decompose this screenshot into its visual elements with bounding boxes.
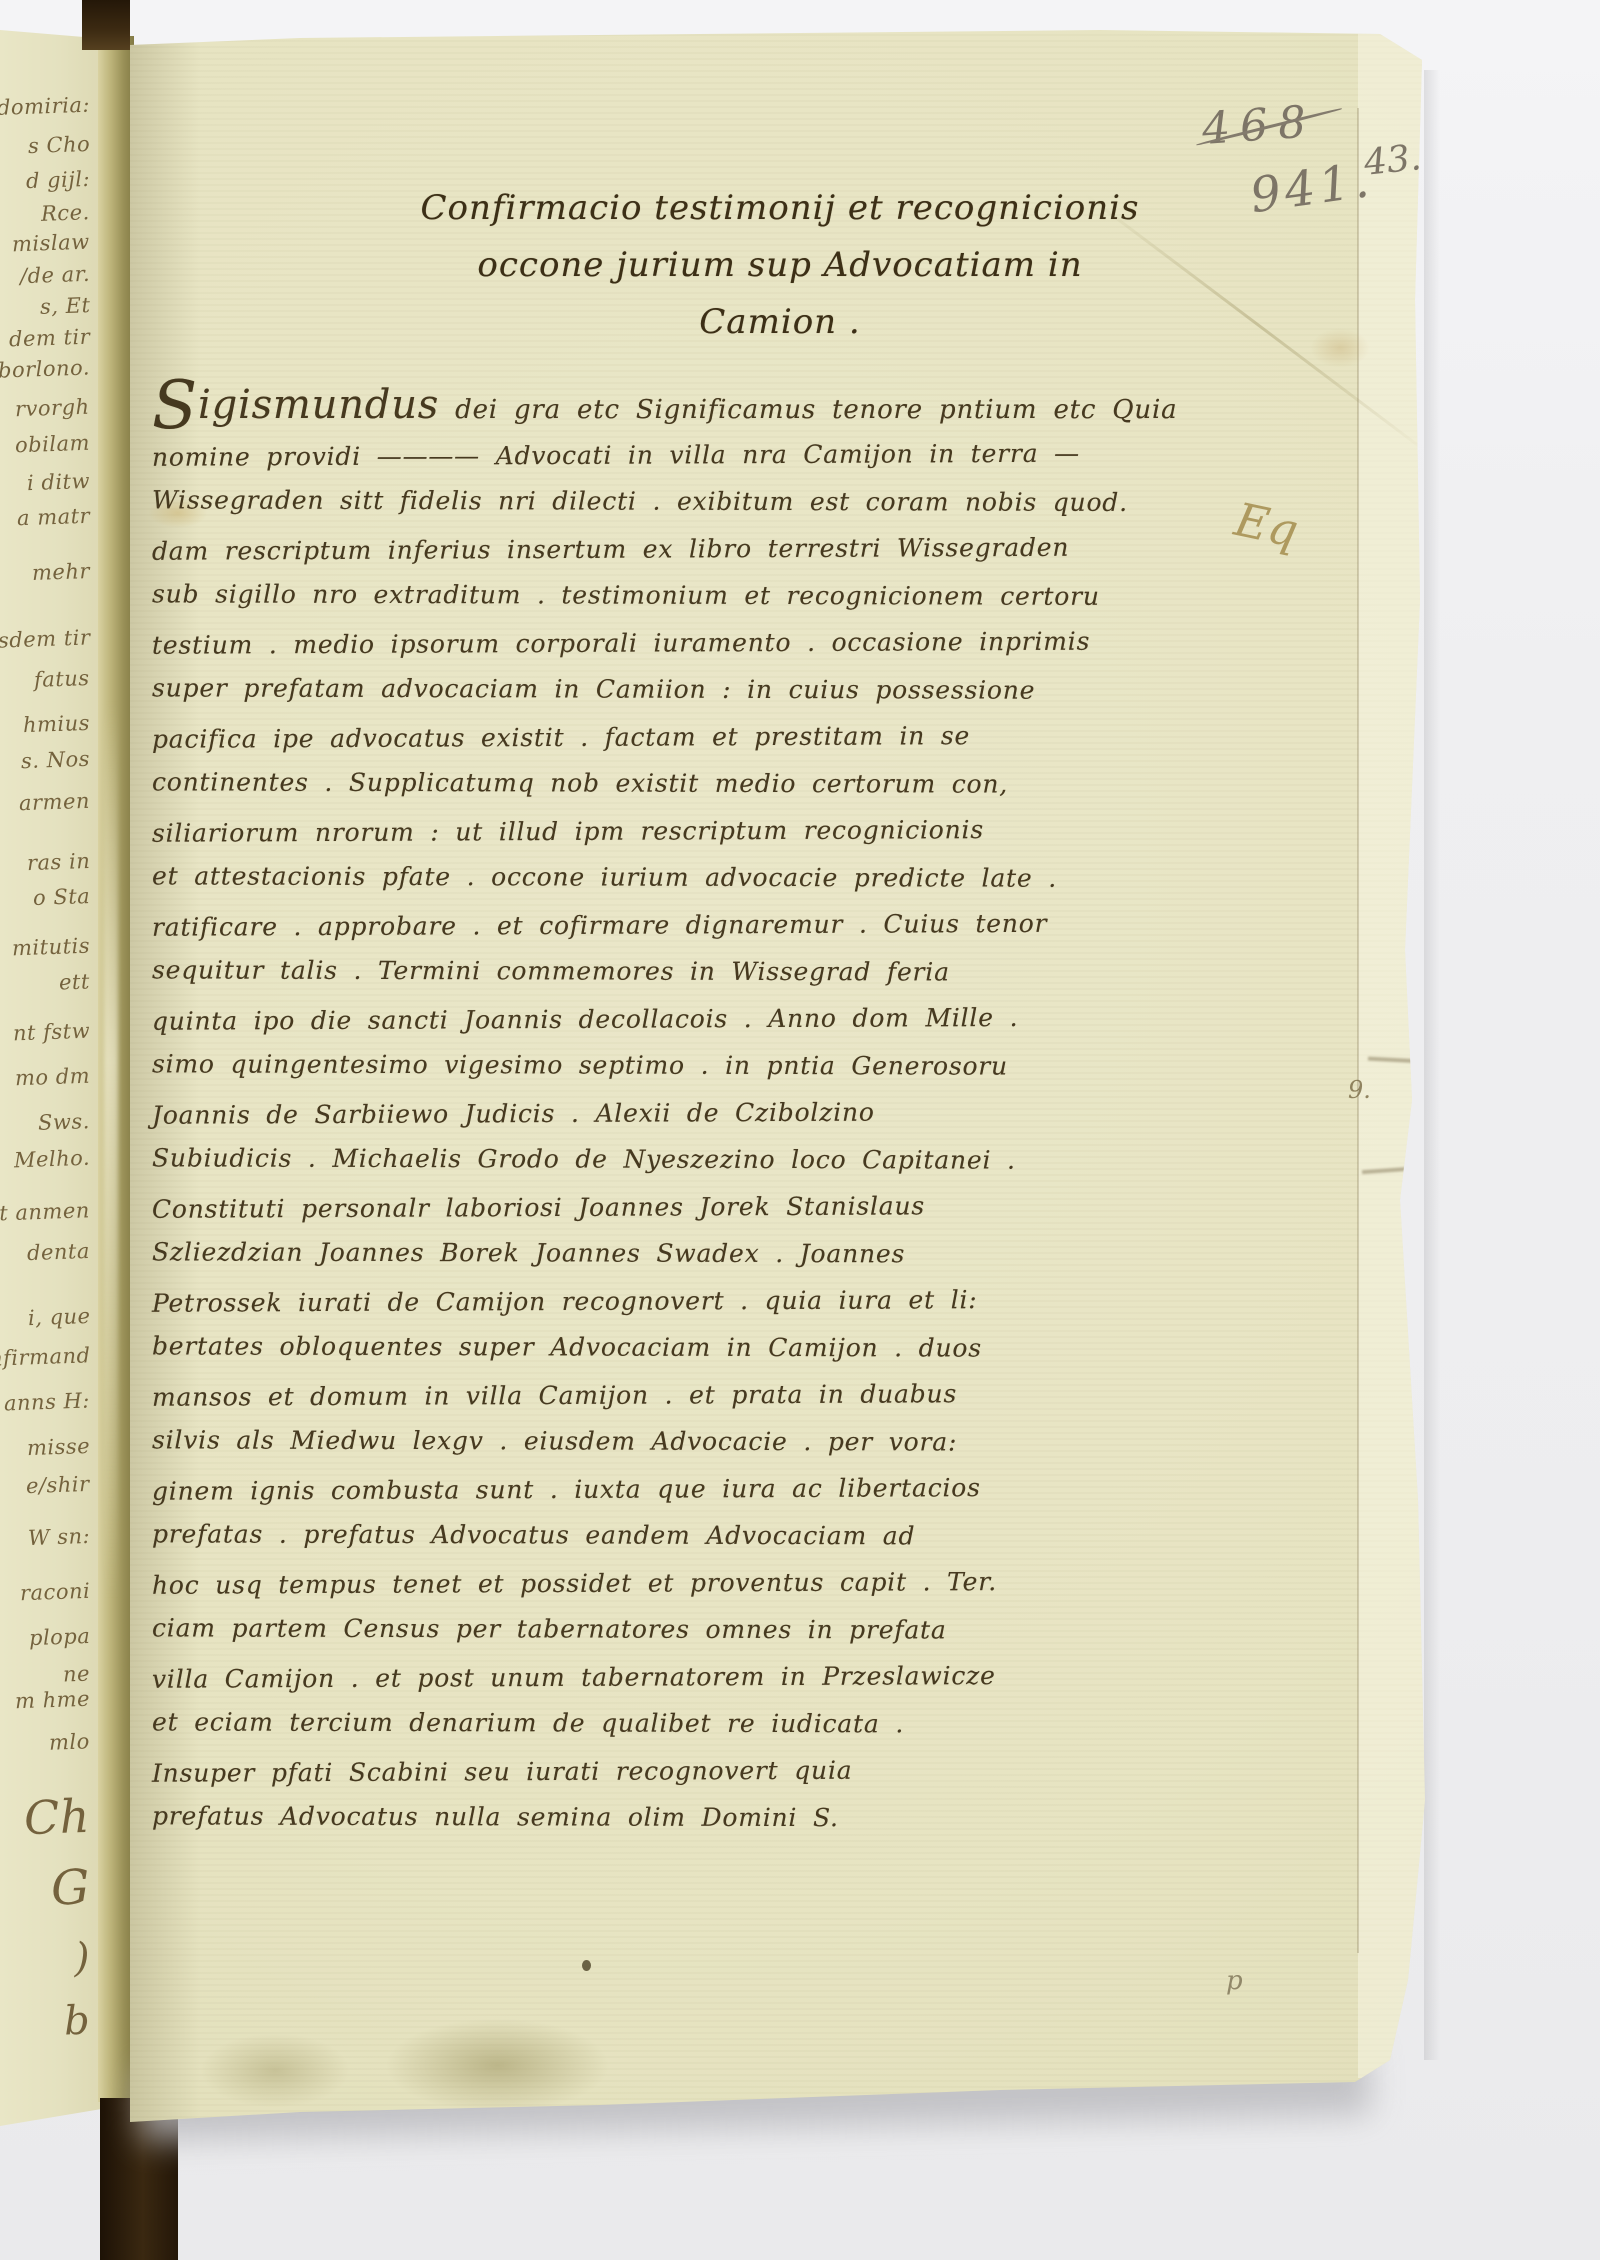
- page-edge-shadow: [1424, 70, 1440, 2060]
- facing-page-text-fragment: mehr: [32, 559, 91, 585]
- facing-page-text-fragment: mo dm: [15, 1064, 91, 1091]
- body-line: Insuper pfati Scabini seu iurati recogno…: [152, 1753, 1402, 1805]
- facing-page-edge: Sandomiria:s Chod gijl:Rce.mislaw/de ar.…: [0, 30, 100, 2126]
- facing-page-text-fragment: Rce.: [41, 200, 90, 226]
- body-line: sub sigillo nro extraditum . testimonium…: [152, 579, 1402, 629]
- folio-number-crossed: 468: [1200, 96, 1317, 155]
- facing-page-text-fragment: ne: [63, 1662, 91, 1687]
- body-line: ratificare . approbare . et cofirmare di…: [152, 907, 1402, 959]
- manuscript-page: 468 941. 43. Eq 9. p Confirmacio testimo…: [130, 28, 1428, 2128]
- facing-page-text-fragment: ras in: [26, 849, 90, 875]
- body-line: siliariorum nrorum : ut illud ipm rescri…: [152, 813, 1402, 865]
- stain: [582, 1960, 591, 1971]
- facing-page-text-fragment: Sandomiria:: [0, 93, 90, 122]
- body-line: bertates obloquentes super Advocaciam in…: [152, 1331, 1402, 1381]
- facing-page-text-fragment: d gijl:: [26, 167, 91, 193]
- first-word: igismundus: [198, 382, 439, 428]
- body-line: Szliezdzian Joannes Borek Joannes Swadex…: [152, 1237, 1402, 1287]
- body-line: mansos et domum in villa Camijon . et pr…: [152, 1377, 1402, 1429]
- body-line: simo quingentesimo vigesimo septimo . in…: [152, 1049, 1402, 1099]
- facing-page-text-fragment: fatus: [34, 666, 90, 692]
- facing-page-text-fragment: denta: [27, 1239, 91, 1265]
- facing-page-text-fragment: ett: [59, 969, 91, 994]
- facing-page-text-fragment: mislaw: [12, 230, 90, 257]
- stain: [1310, 328, 1370, 368]
- facing-page-text-fragment: misse: [26, 1434, 90, 1460]
- body-line: testium . medio ipsorum corporali iurame…: [152, 625, 1402, 677]
- facing-page-text-fragment: dem tir: [8, 325, 90, 352]
- facing-page-text-fragment: nfirmand: [0, 1343, 90, 1371]
- facing-page-text-fragment: b: [63, 1998, 91, 2045]
- body-line: et eciam tercium denarium de qualibet re…: [152, 1707, 1402, 1757]
- body-line: et attestacionis pfate . occone iurium a…: [152, 861, 1402, 911]
- facing-page-text-fragment: Ch: [23, 1789, 91, 1845]
- body-line: ginem ignis combusta sunt . iuxta que iu…: [152, 1471, 1402, 1523]
- body-line: quinta ipo die sancti Joannis decollacoi…: [152, 1001, 1402, 1053]
- body-line: silvis als Miedwu lexgv . eiusdem Advoca…: [152, 1425, 1402, 1475]
- body-line: villa Camijon . et post unum tabernatore…: [152, 1659, 1402, 1711]
- facing-page-text-fragment: sdem tir: [0, 625, 90, 652]
- body-line: dam rescriptum inferius insertum ex libr…: [152, 531, 1402, 583]
- facing-page-text-fragment: Sws.: [38, 1109, 91, 1135]
- body-line: prefatus Advocatus nulla semina olim Dom…: [152, 1801, 1402, 1851]
- body-lines: nomine providi ———— Advocati in villa nr…: [152, 440, 1402, 1850]
- body-line: Subiudicis . Michaelis Grodo de Nyeszezi…: [152, 1143, 1402, 1193]
- body-line: ciam partem Census per tabernatores omne…: [152, 1613, 1402, 1663]
- facing-page-text-fragment: o Sta: [32, 884, 90, 910]
- facing-page-text-fragment: anns H:: [4, 1389, 91, 1416]
- binding-strap-top: [82, 0, 130, 50]
- stain: [200, 2033, 350, 2108]
- body-line: Joannis de Sarbiiewo Judicis . Alexii de…: [152, 1095, 1402, 1147]
- facing-page-text-fragment: hmius: [23, 711, 91, 737]
- body-line: nomine providi ———— Advocati in villa nr…: [152, 437, 1402, 489]
- body-line: continentes . Supplicatumq nob existit m…: [152, 767, 1402, 817]
- facing-page-text-fragment: s, Et: [39, 293, 90, 319]
- heading-line: occone jurium sup Advocatiam in: [280, 237, 1280, 294]
- facing-page-text-fragment: mitutis: [12, 934, 91, 961]
- body-line: Petrossek iurati de Camijon recognovert …: [152, 1283, 1402, 1335]
- body-line: hoc usq tempus tenet et possidet et prov…: [152, 1565, 1402, 1617]
- facing-page-text-fragment: rvorgh: [15, 395, 90, 422]
- facing-page-text-fragment: a matr: [16, 504, 90, 531]
- facing-page-text-fragment: armen: [19, 789, 91, 815]
- body-line: sequitur talis . Termini commemores in W…: [152, 955, 1402, 1005]
- initial-letter: S: [152, 367, 198, 444]
- folio-number-alt: 43.: [1362, 137, 1423, 184]
- body-line: super prefatam advocaciam in Camiion : i…: [152, 673, 1402, 723]
- facing-page-text-fragment: W sn:: [27, 1524, 90, 1550]
- stain: [385, 2018, 610, 2113]
- facing-page-text-fragment: i ditw: [27, 469, 91, 495]
- facing-page-text-fragment: mlo: [49, 1729, 91, 1754]
- facing-page-text-fragment: raconi: [19, 1579, 90, 1605]
- facing-page-text-fragment: plopa: [28, 1624, 90, 1650]
- facing-page-text-fragment: nt fstw: [12, 1019, 90, 1046]
- heading-line: Confirmacio testimonij et recognicionis: [280, 180, 1280, 237]
- gutter-highlight: [104, 700, 118, 1600]
- body-line: prefatas . prefatus Advocatus eandem Adv…: [152, 1519, 1402, 1569]
- body-line: Wissegraden sitt fidelis nri dilecti . e…: [152, 485, 1402, 535]
- facing-page-text-fragment: i, que: [27, 1304, 90, 1330]
- document-heading: Confirmacio testimonij et recognicioniso…: [280, 180, 1280, 351]
- facing-page-text-fragment: m hme: [15, 1687, 91, 1714]
- facing-page-text-fragment: Melho.: [13, 1146, 90, 1173]
- scanner-background: Sandomiria:s Chod gijl:Rce.mislaw/de ar.…: [0, 0, 1600, 2260]
- margin-note-p: p: [1226, 1966, 1243, 1996]
- facing-page-text-fragment: e/shir: [26, 1472, 90, 1498]
- first-line-rest: dei gra etc Significamus tenore pntium e…: [455, 395, 1177, 425]
- heading-line: Camion .: [280, 294, 1280, 351]
- facing-page-text-fragment: obilam: [15, 431, 91, 458]
- body-first-line: Sigismundus dei gra etc Significamus ten…: [152, 382, 1402, 440]
- facing-page-text-fragment: G: [50, 1859, 91, 1916]
- body-line: Constituti personalr laboriosi Joannes J…: [152, 1189, 1402, 1241]
- facing-page-text-fragment: /de ar.: [20, 262, 91, 288]
- facing-page-text-fragment: s Cho: [27, 132, 90, 158]
- facing-page-text-fragment: borlono.: [0, 355, 90, 382]
- facing-page-text-fragment: s. Nos: [21, 747, 91, 773]
- document-body: Sigismundus dei gra etc Significamus ten…: [152, 382, 1402, 1850]
- facing-page-text-fragment: st anmen: [0, 1198, 90, 1226]
- body-line: pacifica ipe advocatus existit . factam …: [152, 719, 1402, 771]
- facing-page-text-fragment: ): [73, 1935, 91, 1982]
